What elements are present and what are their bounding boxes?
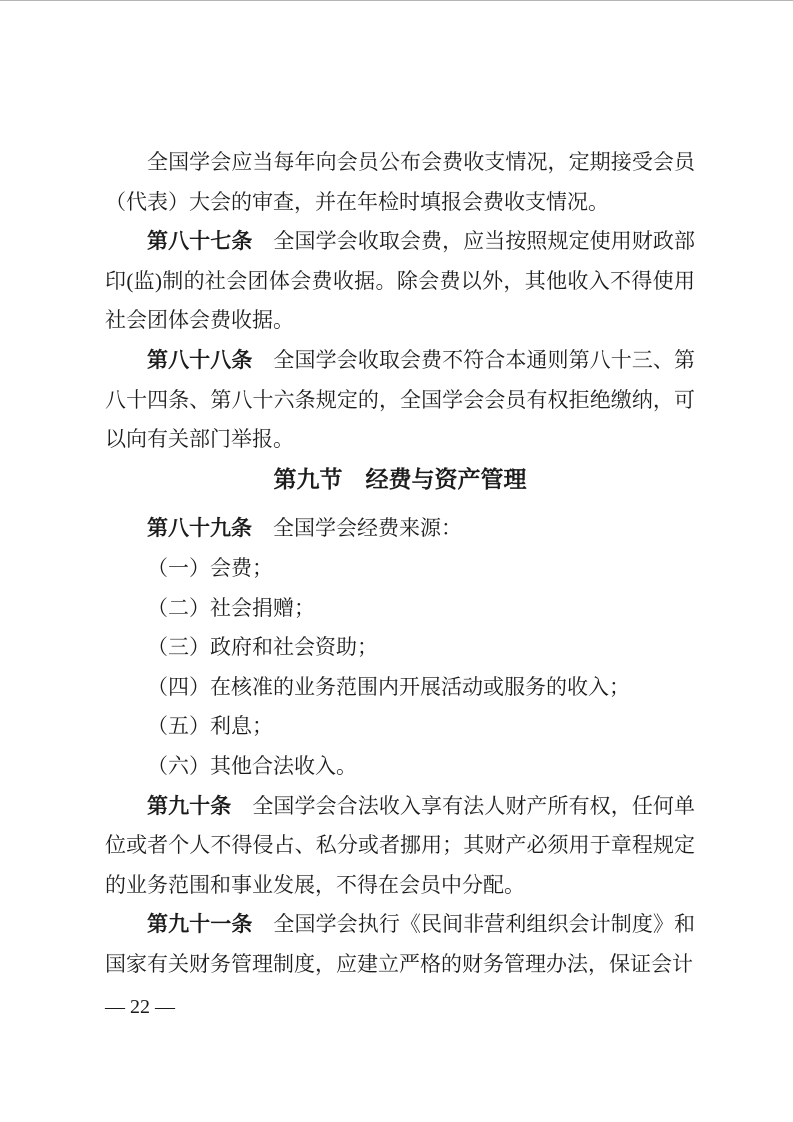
page-number: — 22 —: [105, 995, 175, 1019]
article-number-label: 第九十条: [147, 794, 231, 818]
document-body: 全国学会应当每年向会员公布会费收支情况，定期接受会员（代表）大会的审查，并在年检…: [105, 0, 695, 984]
paragraph: 第八十八条全国学会收取会费不符合本通则第八十三、第八十四条、第八十六条规定的，全…: [105, 341, 695, 460]
paragraph: （六）其他合法收入。: [105, 747, 695, 787]
paragraph: （一）会费；: [105, 549, 695, 589]
section-heading-label: 第九节: [274, 467, 343, 492]
section-heading: 第九节经费与资产管理: [105, 460, 695, 500]
article-number-label: 第八十九条: [147, 516, 252, 540]
paragraph: 第九十条全国学会合法收入享有法人财产所有权，任何单位或者个人不得侵占、私分或者挪…: [105, 787, 695, 906]
document-page: 全国学会应当每年向会员公布会费收支情况，定期接受会员（代表）大会的审查，并在年检…: [0, 0, 793, 1122]
paragraph: 第九十一条全国学会执行《民间非营利组织会计制度》和国家有关财务管理制度，应建立严…: [105, 905, 695, 984]
paragraph: 第八十七条全国学会收取会费，应当按照规定使用财政部印(监)制的社会团体会费收据。…: [105, 222, 695, 341]
article-number-label: 第八十八条: [147, 348, 252, 372]
section-heading-title: 经费与资产管理: [366, 467, 527, 492]
paragraph: （五）利息；: [105, 707, 695, 747]
article-number-label: 第八十七条: [147, 229, 252, 253]
paragraph-text: （六）其他合法收入。: [147, 754, 357, 778]
paragraph-text: 全国学会经费来源：: [273, 516, 462, 540]
paragraph: （二）社会捐赠；: [105, 589, 695, 629]
paragraph-text: （五）利息；: [147, 714, 273, 738]
paragraph-text: （一）会费；: [147, 556, 273, 580]
article-number-label: 第九十一条: [147, 912, 252, 936]
paragraph-text: （二）社会捐赠；: [147, 596, 315, 620]
paragraph: （三）政府和社会资助；: [105, 628, 695, 668]
paragraph: （四）在核准的业务范围内开展活动或服务的收入；: [105, 668, 695, 708]
paragraph: 第八十九条全国学会经费来源：: [105, 509, 695, 549]
paragraph-text: （三）政府和社会资助；: [147, 635, 378, 659]
paragraph: 全国学会应当每年向会员公布会费收支情况，定期接受会员（代表）大会的审查，并在年检…: [105, 143, 695, 222]
paragraph-text: 全国学会应当每年向会员公布会费收支情况，定期接受会员（代表）大会的审查，并在年检…: [105, 150, 695, 214]
paragraph-text: （四）在核准的业务范围内开展活动或服务的收入；: [147, 675, 630, 699]
